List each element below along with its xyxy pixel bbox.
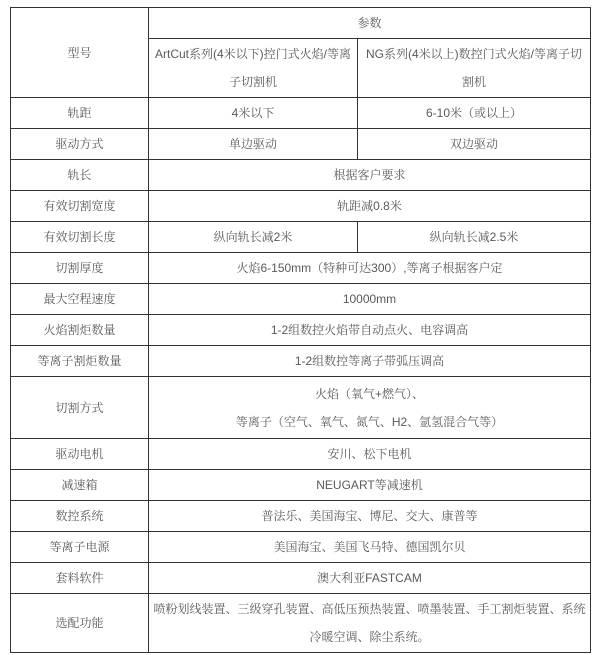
row-value-cell: 安川、松下电机 <box>149 439 591 470</box>
table-row: 最大空程速度 10000mm <box>11 284 591 315</box>
row-label-cell: 轨长 <box>11 160 149 191</box>
table-row: 轨长 根据客户要求 <box>11 160 591 191</box>
row-label-cell: 驱动方式 <box>11 129 149 160</box>
table-row: 切割方式 火焰（氧气+燃气）、 等离子（空气、氧气、氮气、H2、氩氢混合气等） <box>11 377 591 439</box>
row-label-cell: 套料软件 <box>11 563 149 594</box>
table-row: 驱动方式 单边驱动 双边驱动 <box>11 129 591 160</box>
row-label-cell: 选配功能 <box>11 594 149 653</box>
row-value-cell: 4米以下 <box>149 98 358 129</box>
cutting-mode-line-2: 等离子（空气、氧气、氮气、H2、氩氢混合气等） <box>153 408 586 436</box>
row-value-cell: 1-2组数控等离子带弧压调高 <box>149 346 591 377</box>
table-row: 有效切割宽度 轨距减0.8米 <box>11 191 591 222</box>
row-value-cell: 纵向轨长减2米 <box>149 222 358 253</box>
header-series-artcut: ArtCut系列(4米以下)控门式火焰/等离子切割机 <box>149 39 358 98</box>
row-value-cell: 火焰（氧气+燃气）、 等离子（空气、氧气、氮气、H2、氩氢混合气等） <box>149 377 591 439</box>
table-row: 切割厚度 火焰6-150mm（特种可达300）,等离子根据客户定 <box>11 253 591 284</box>
cutting-mode-line-1: 火焰（氧气+燃气）、 <box>153 380 586 408</box>
row-value-cell: 普法乐、美国海宝、博尼、交大、康普等 <box>149 501 591 532</box>
row-value-cell: NEUGART等减速机 <box>149 470 591 501</box>
row-value-cell: 根据客户要求 <box>149 160 591 191</box>
page: 型号 参数 ArtCut系列(4米以下)控门式火焰/等离子切割机 NG系列(4米… <box>0 0 605 655</box>
row-label-cell: 数控系统 <box>11 501 149 532</box>
row-label-cell: 切割方式 <box>11 377 149 439</box>
table-row: 火焰割炬数量 1-2组数控火焰带自动点火、电容调高 <box>11 315 591 346</box>
row-value-cell: 纵向轨长减2.5米 <box>358 222 591 253</box>
table-row: 减速箱 NEUGART等减速机 <box>11 470 591 501</box>
row-value-cell: 火焰6-150mm（特种可达300）,等离子根据客户定 <box>149 253 591 284</box>
row-label-cell: 最大空程速度 <box>11 284 149 315</box>
row-label-cell: 轨距 <box>11 98 149 129</box>
header-series-ng: NG系列(4米以上)数控门式火焰/等离子切割机 <box>358 39 591 98</box>
header-model-label: 型号 <box>11 8 149 98</box>
table-row: 有效切割长度 纵向轨长减2米 纵向轨长减2.5米 <box>11 222 591 253</box>
table-row: 等离子割炬数量 1-2组数控等离子带弧压调高 <box>11 346 591 377</box>
row-value-cell: 单边驱动 <box>149 129 358 160</box>
row-label-cell: 驱动电机 <box>11 439 149 470</box>
row-label-cell: 等离子电源 <box>11 532 149 563</box>
row-label-cell: 火焰割炬数量 <box>11 315 149 346</box>
header-param-label: 参数 <box>149 8 591 39</box>
row-label-cell: 等离子割炬数量 <box>11 346 149 377</box>
row-label-cell: 有效切割长度 <box>11 222 149 253</box>
row-value-cell: 喷粉划线装置、三级穿孔装置、高低压预热装置、喷墨装置、手工割炬装置、系统冷暖空调… <box>149 594 591 653</box>
spec-table: 型号 参数 ArtCut系列(4米以下)控门式火焰/等离子切割机 NG系列(4米… <box>10 7 591 653</box>
row-label-cell: 切割厚度 <box>11 253 149 284</box>
row-value-cell: 1-2组数控火焰带自动点火、电容调高 <box>149 315 591 346</box>
row-value-cell: 轨距减0.8米 <box>149 191 591 222</box>
table-row: 等离子电源 美国海宝、美国飞马特、德国凯尔贝 <box>11 532 591 563</box>
table-row: 驱动电机 安川、松下电机 <box>11 439 591 470</box>
table-row: 数控系统 普法乐、美国海宝、博尼、交大、康普等 <box>11 501 591 532</box>
table-row: 轨距 4米以下 6-10米（或以上） <box>11 98 591 129</box>
row-value-cell: 双边驱动 <box>358 129 591 160</box>
row-value-cell: 10000mm <box>149 284 591 315</box>
row-value-cell: 澳大利亚FASTCAM <box>149 563 591 594</box>
table-row: 选配功能 喷粉划线装置、三级穿孔装置、高低压预热装置、喷墨装置、手工割炬装置、系… <box>11 594 591 653</box>
table-row: 套料软件 澳大利亚FASTCAM <box>11 563 591 594</box>
row-label-cell: 有效切割宽度 <box>11 191 149 222</box>
row-label-cell: 减速箱 <box>11 470 149 501</box>
row-value-cell: 6-10米（或以上） <box>358 98 591 129</box>
row-value-cell: 美国海宝、美国飞马特、德国凯尔贝 <box>149 532 591 563</box>
